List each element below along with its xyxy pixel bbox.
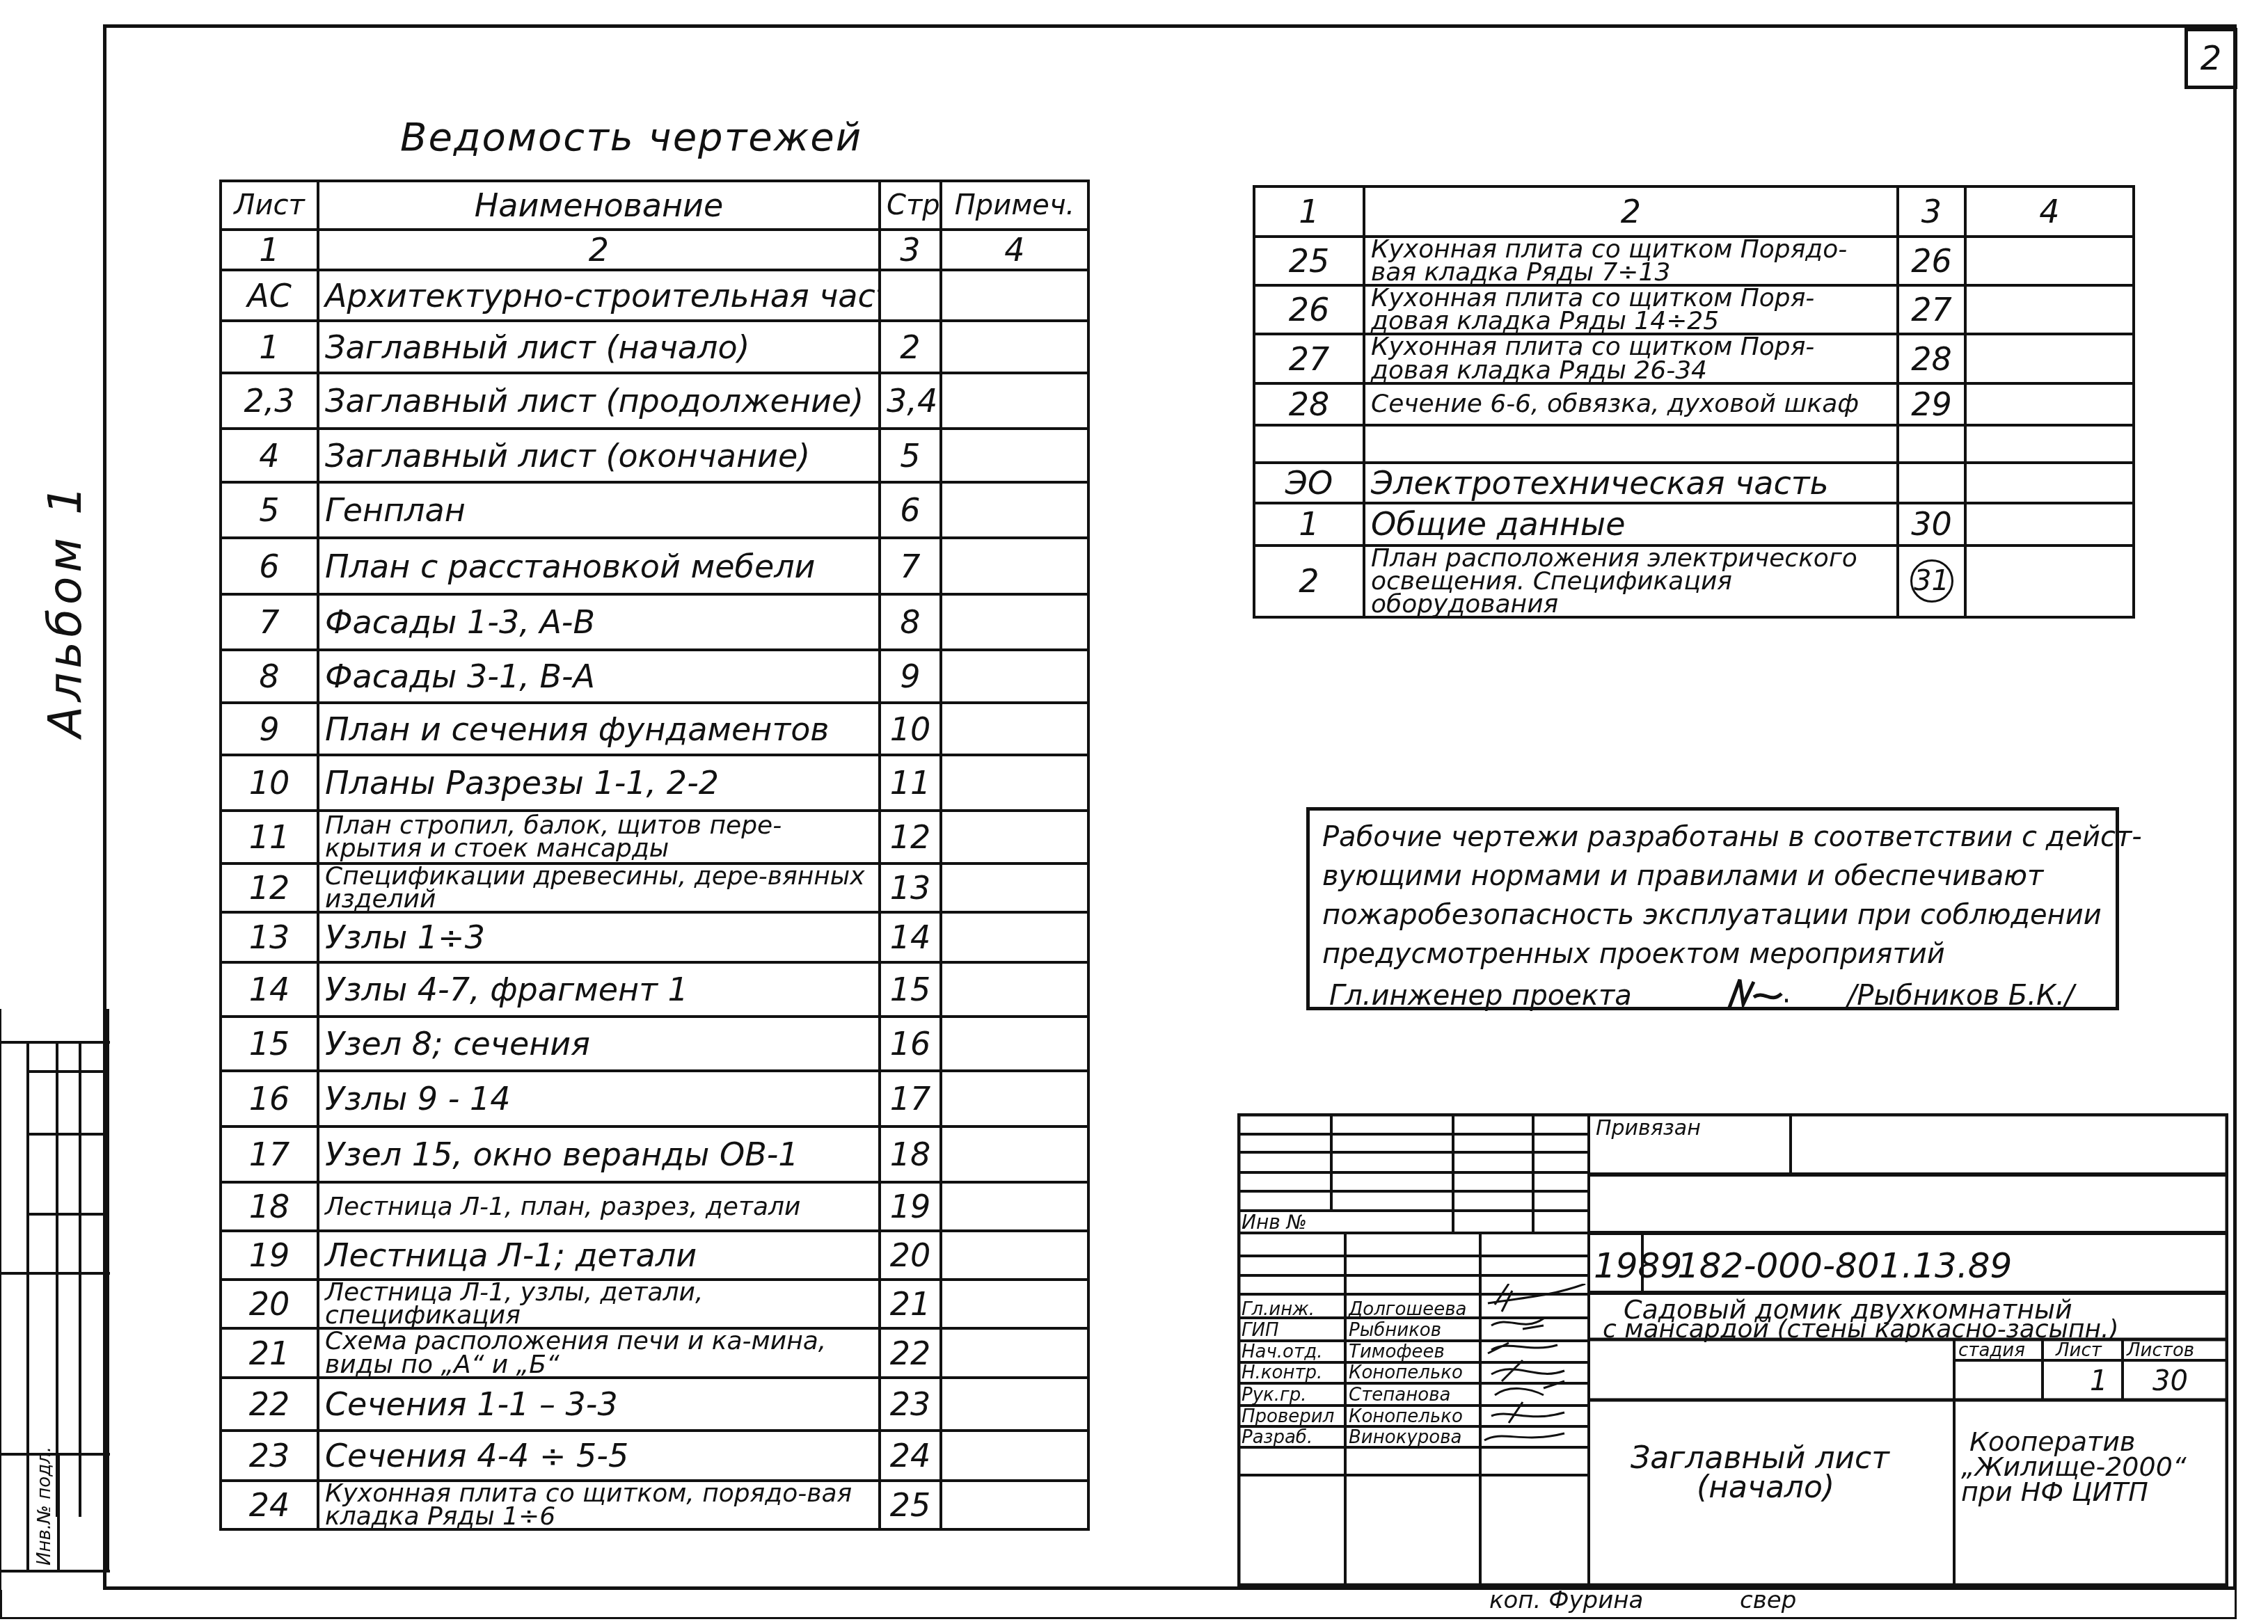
row-name (1364, 425, 1898, 463)
row-sheet: 5 (221, 482, 318, 538)
table-row: 15Узел 8; сечения16 (221, 1017, 1088, 1071)
table-row: 13Узлы 1÷314 (221, 912, 1088, 962)
colnum-3: 3 (1898, 186, 1965, 237)
row-sheet: 26 (1254, 285, 1364, 334)
row-sheet: 2,3 (221, 373, 318, 429)
table-row: 12Спецификации древесины, дере-вянных из… (221, 863, 1088, 912)
staff-name: Конопелько (1349, 1406, 1463, 1427)
row-page: 16 (880, 1017, 941, 1071)
row-sheet: 14 (221, 962, 318, 1017)
year: 1989 (1594, 1245, 1682, 1286)
row-sheet: 18 (221, 1182, 318, 1231)
row-note (1965, 425, 2134, 463)
row-page: 3,4 (880, 373, 941, 429)
row-page: 6 (880, 482, 941, 538)
row-note (941, 912, 1088, 962)
row-page: 29 (1898, 383, 1965, 425)
row-sheet: 1 (1254, 503, 1364, 546)
row-note (941, 321, 1088, 373)
row-name: Архитектурно-строительная часть (318, 270, 880, 321)
table-row: 28Сечение 6-6, обвязка, духовой шкаф29 (1254, 383, 2134, 425)
row-sheet: 16 (221, 1071, 318, 1127)
row-note (941, 1127, 1088, 1182)
bottom-strip (0, 1590, 2237, 1619)
row-name: Заглавный лист (окончание) (318, 429, 880, 482)
table-row: 10Планы Разрезы 1-1, 2-211 (221, 755, 1088, 811)
row-note (941, 1481, 1088, 1529)
row-name: Электротехническая часть (1364, 463, 1898, 503)
drawings-list-table-left: Лист Наименование Стр Примеч. 1 2 3 4 АС… (219, 180, 1090, 1531)
row-note (1965, 285, 2134, 334)
staff-name: Конопелько (1349, 1362, 1463, 1383)
row-sheet: 20 (221, 1280, 318, 1328)
table-row: 5Генплан6 (221, 482, 1088, 538)
row-page: 13 (880, 863, 941, 912)
row-sheet: АС (221, 270, 318, 321)
row-name: Фасады 3-1, В-А (318, 650, 880, 703)
row-sheet: ЭО (1254, 463, 1364, 503)
row-page: 17 (880, 1071, 941, 1127)
note-line: пожаробезопасность эксплуатации при собл… (1322, 895, 2103, 934)
row-name: Узлы 1÷3 (318, 912, 880, 962)
row-sheet: 11 (221, 811, 318, 863)
table-row: 14Узлы 4-7, фрагмент 115 (221, 962, 1088, 1017)
row-note (941, 755, 1088, 811)
row-name: Узлы 9 - 14 (318, 1071, 880, 1127)
row-page: 24 (880, 1431, 941, 1481)
table-row: 11План стропил, балок, щитов пере-крытия… (221, 811, 1088, 863)
table-row: 18Лестница Л-1, план, разрез, детали19 (221, 1182, 1088, 1231)
table-row: 20Лестница Л-1, узлы, детали, спецификац… (221, 1280, 1088, 1328)
sheet-value: 1 (2090, 1365, 2107, 1397)
colnum-3: 3 (880, 230, 941, 270)
page-number: 2 (2200, 39, 2222, 78)
staff-role: Н.контр. (1242, 1362, 1322, 1383)
row-page: 30 (1898, 503, 1965, 546)
sheets-value: 30 (2152, 1365, 2188, 1397)
row-note (941, 811, 1088, 863)
table-row: 24Кухонная плита со щитком, порядо-вая к… (221, 1481, 1088, 1529)
row-sheet: 25 (1254, 237, 1364, 285)
note-line: предусмотренных проектом мероприятий (1322, 934, 2103, 973)
row-name: Кухонная плита со щитком Порядо-вая клад… (1364, 237, 1898, 285)
row-name: Сечения 1-1 – 3-3 (318, 1378, 880, 1431)
row-page (880, 270, 941, 321)
row-name: Кухонная плита со щитком Поря-довая клад… (1364, 285, 1898, 334)
row-sheet: 2 (1254, 546, 1364, 617)
privyazan-label: Привязан (1596, 1116, 1701, 1140)
row-sheet: 6 (221, 538, 318, 594)
staff-signatures-icon (1481, 1284, 1592, 1465)
row-name: Лестница Л-1, план, разрез, детали (318, 1182, 880, 1231)
table-row: 4Заглавный лист (окончание)5 (221, 429, 1088, 482)
column-number-row: 1 2 3 4 (1254, 186, 2134, 237)
row-name: Фасады 1-3, А-В (318, 594, 880, 650)
row-sheet: 21 (221, 1328, 318, 1377)
table-row: 17Узел 15, окно веранды ОВ-118 (221, 1127, 1088, 1182)
staff-name: Рыбников (1349, 1320, 1441, 1341)
row-page: 20 (880, 1231, 941, 1280)
row-name: Генплан (318, 482, 880, 538)
table-row: АСАрхитектурно-строительная часть (221, 270, 1088, 321)
row-name: План с расстановкой мебели (318, 538, 880, 594)
margin-stamp-grid: Инв.№ подл. (0, 1009, 110, 1593)
inv-number-label: Инв № (1242, 1211, 1307, 1234)
row-note (941, 1071, 1088, 1127)
header-page: Стр (880, 181, 941, 230)
row-note (941, 594, 1088, 650)
table-row: 7Фасады 1-3, А-В8 (221, 594, 1088, 650)
row-sheet: 17 (221, 1127, 318, 1182)
document-code: 182-000-801.13.89 (1677, 1245, 2012, 1286)
colnum-4: 4 (941, 230, 1088, 270)
row-note (941, 962, 1088, 1017)
row-page: 9 (880, 650, 941, 703)
circled-page-number: 31 (1910, 559, 1953, 603)
row-name: Узел 8; сечения (318, 1017, 880, 1071)
row-note (941, 1328, 1088, 1377)
row-name: Заглавный лист (начало) (318, 321, 880, 373)
colnum-4: 4 (1965, 186, 2134, 237)
row-sheet: 1 (221, 321, 318, 373)
checked-label: свер (1740, 1586, 1796, 1614)
row-name: Планы Разрезы 1-1, 2-2 (318, 755, 880, 811)
signer-name: /Рыбников Б.К./ (1848, 976, 2075, 1015)
row-page: 8 (880, 594, 941, 650)
row-note (1965, 463, 2134, 503)
row-page: 28 (1898, 334, 1965, 383)
staff-role: Гл.инж. (1242, 1299, 1315, 1320)
table-row: 1Общие данные30 (1254, 503, 2134, 546)
table-row: 9План и сечения фундаментов10 (221, 703, 1088, 755)
row-page: 15 (880, 962, 941, 1017)
row-note (941, 1431, 1088, 1481)
row-note (941, 1280, 1088, 1328)
row-note (941, 863, 1088, 912)
staff-role: Рук.гр. (1242, 1385, 1306, 1406)
staff-name: Тимофеев (1349, 1342, 1445, 1362)
compliance-note-box: Рабочие чертежи разработаны в соответств… (1306, 807, 2119, 1010)
table-row: 6План с расстановкой мебели7 (221, 538, 1088, 594)
table-row: 25Кухонная плита со щитком Порядо-вая кл… (1254, 237, 2134, 285)
row-sheet: 4 (221, 429, 318, 482)
row-note (941, 1182, 1088, 1231)
row-page: 7 (880, 538, 941, 594)
row-sheet: 15 (221, 1017, 318, 1071)
row-note (941, 1231, 1088, 1280)
sheet-title-line2: (начало) (1697, 1470, 1834, 1505)
table-row: 19Лестница Л-1; детали20 (221, 1231, 1088, 1280)
row-name: План и сечения фундаментов (318, 703, 880, 755)
row-page: 27 (1898, 285, 1965, 334)
row-page: 26 (1898, 237, 1965, 285)
table-row: 22Сечения 1-1 – 3-323 (221, 1378, 1088, 1431)
row-name: Общие данные (1364, 503, 1898, 546)
staff-role: Проверил (1242, 1406, 1334, 1427)
row-name: Заглавный лист (продолжение) (318, 373, 880, 429)
row-note (1965, 237, 2134, 285)
row-name: Узел 15, окно веранды ОВ-1 (318, 1127, 880, 1182)
table-row-empty (1254, 425, 2134, 463)
column-number-row: 1 2 3 4 (221, 230, 1088, 270)
row-name: Схема расположения печи и ка-мина, виды … (318, 1328, 880, 1377)
table-row: 26Кухонная плита со щитком Поря-довая кл… (1254, 285, 2134, 334)
row-name: Узлы 4-7, фрагмент 1 (318, 962, 880, 1017)
row-name: Сечения 4-4 ÷ 5-5 (318, 1431, 880, 1481)
row-name: Кухонная плита со щитком, порядо-вая кла… (318, 1481, 880, 1529)
header-note: Примеч. (941, 181, 1088, 230)
row-note (1965, 334, 2134, 383)
row-sheet: 27 (1254, 334, 1364, 383)
row-sheet: 23 (221, 1431, 318, 1481)
project-title-line2: с мансардой (стены каркасно-засыпн.) (1603, 1315, 2119, 1344)
row-page: 25 (880, 1481, 941, 1529)
row-note (941, 429, 1088, 482)
colnum-1: 1 (221, 230, 318, 270)
table-row: 16Узлы 9 - 1417 (221, 1071, 1088, 1127)
page-number-box: 2 (2184, 28, 2237, 89)
row-page: 11 (880, 755, 941, 811)
table-row: 21Схема расположения печи и ка-мина, вид… (221, 1328, 1088, 1377)
row-sheet: 22 (221, 1378, 318, 1431)
table-row: 2План расположения электрического освеще… (1254, 546, 2134, 617)
row-sheet: 9 (221, 703, 318, 755)
organization-line3: при НФ ЦИТП (1961, 1476, 2148, 1507)
row-note (941, 650, 1088, 703)
table-row: 8Фасады 3-1, В-А9 (221, 650, 1088, 703)
row-sheet: 28 (1254, 383, 1364, 425)
row-page (1898, 425, 1965, 463)
title-block: Привязан Инв № 1989 182-000-801.13.89 Са… (1237, 1113, 2228, 1586)
row-page: 19 (880, 1182, 941, 1231)
staff-name: Степанова (1349, 1385, 1450, 1406)
note-line: Рабочие чертежи разработаны в соответств… (1322, 818, 2103, 857)
colnum-2: 2 (1364, 186, 1898, 237)
row-page (1898, 463, 1965, 503)
staff-role: Разраб. (1242, 1427, 1313, 1448)
row-page: 14 (880, 912, 941, 962)
header-sheet: Лист (221, 181, 318, 230)
header-name: Наименование (318, 181, 880, 230)
copied-by-label: коп. Фурина (1489, 1586, 1643, 1614)
staff-name: Долгошеева (1349, 1299, 1466, 1320)
table-header-row: Лист Наименование Стр Примеч. (221, 181, 1088, 230)
row-name: План расположения электрического освещен… (1364, 546, 1898, 617)
row-page: 18 (880, 1127, 941, 1182)
row-note (941, 538, 1088, 594)
table-row: 23Сечения 4-4 ÷ 5-524 (221, 1431, 1088, 1481)
row-note (1965, 546, 2134, 617)
staff-role: ГИП (1242, 1320, 1279, 1341)
signer-role: Гл.инженер проекта (1329, 976, 1632, 1015)
row-name: План стропил, балок, щитов пере-крытия и… (318, 811, 880, 863)
row-note (941, 703, 1088, 755)
drawings-list-table-right: 1 2 3 4 25Кухонная плита со щитком Поряд… (1253, 185, 2135, 619)
row-name: Кухонная плита со щитком Поря-довая клад… (1364, 334, 1898, 383)
row-note (941, 1378, 1088, 1431)
row-note (1965, 503, 2134, 546)
row-sheet: 7 (221, 594, 318, 650)
row-sheet: 8 (221, 650, 318, 703)
sheet-label: Лист (2056, 1340, 2102, 1361)
row-note (941, 373, 1088, 429)
table-row: 2,3Заглавный лист (продолжение)3,4 (221, 373, 1088, 429)
row-page: 5 (880, 429, 941, 482)
staff-role: Нач.отд. (1242, 1342, 1322, 1362)
table-row: 1Заглавный лист (начало)2 (221, 321, 1088, 373)
table-row-section: ЭОЭлектротехническая часть (1254, 463, 2134, 503)
row-name: Лестница Л-1; детали (318, 1231, 880, 1280)
note-line: вующими нормами и правилами и обеспечива… (1322, 857, 2103, 895)
row-sheet: 12 (221, 863, 318, 912)
stage-label: стадия (1958, 1340, 2025, 1361)
row-sheet: 10 (221, 755, 318, 811)
row-page: 2 (880, 321, 941, 373)
row-sheet: 19 (221, 1231, 318, 1280)
staff-name: Винокурова (1349, 1427, 1461, 1448)
row-page: 22 (880, 1328, 941, 1377)
row-sheet: 24 (221, 1481, 318, 1529)
row-page: 21 (880, 1280, 941, 1328)
colnum-1: 1 (1254, 186, 1364, 237)
row-page: 23 (880, 1378, 941, 1431)
row-note (941, 1017, 1088, 1071)
row-note (941, 270, 1088, 321)
row-name: Лестница Л-1, узлы, детали, спецификация (318, 1280, 880, 1328)
row-name: Сечение 6-6, обвязка, духовой шкаф (1364, 383, 1898, 425)
margin-inv-label: Инв.№ подл. (34, 1447, 55, 1566)
row-note (941, 482, 1088, 538)
document-title: Ведомость чертежей (400, 115, 862, 160)
row-sheet: 13 (221, 912, 318, 962)
signature-icon (1722, 976, 1820, 1011)
row-sheet (1254, 425, 1364, 463)
row-note (1965, 383, 2134, 425)
colnum-2: 2 (318, 230, 880, 270)
album-label: Альбом 1 (38, 481, 92, 738)
sheets-label: Листов (2127, 1340, 2194, 1361)
row-page: 12 (880, 811, 941, 863)
row-page: 10 (880, 703, 941, 755)
table-row: 27Кухонная плита со щитком Поря-довая кл… (1254, 334, 2134, 383)
row-name: Спецификации древесины, дере-вянных изде… (318, 863, 880, 912)
